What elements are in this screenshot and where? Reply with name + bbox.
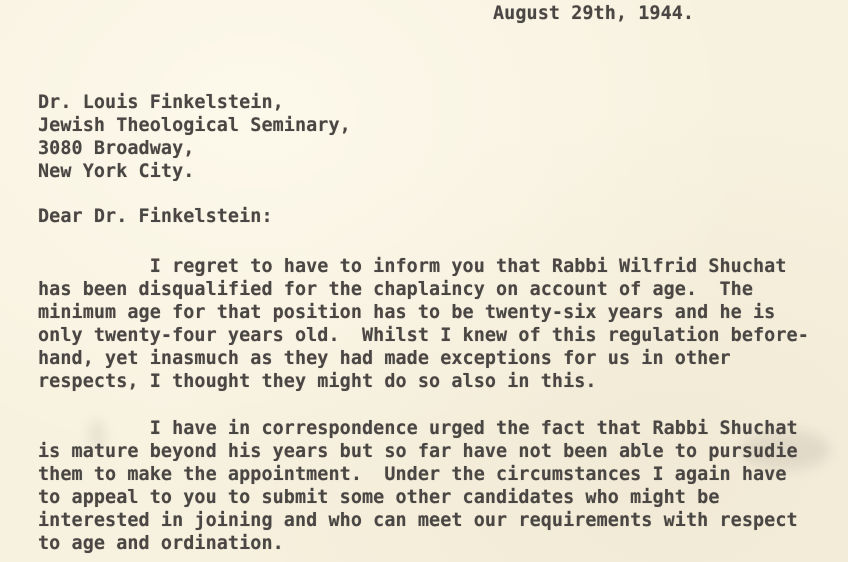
paragraph-1-line: I regret to have to inform you that Rabb…	[38, 256, 787, 278]
paragraph-2-line: to age and ordination.	[38, 533, 284, 555]
paragraph-2-line: is mature beyond his years but so far ha…	[38, 441, 798, 463]
paragraph-2-line: to appeal to you to submit some other ca…	[38, 487, 720, 509]
letter-page: August 29th, 1944. Dr. Louis Finkelstein…	[0, 0, 848, 562]
paragraph-2-line: I have in correspondence urged the fact …	[38, 418, 798, 440]
paragraph-1-line: minimum age for that position has to be …	[38, 302, 775, 324]
paragraph-1-line: hand, yet inasmuch as they had made exce…	[38, 348, 731, 370]
paragraph-1-line: has been disqualified for the chaplaincy…	[38, 279, 753, 301]
letter-date: August 29th, 1944.	[493, 3, 694, 25]
paragraph-1-line: respects, I thought they might do so als…	[38, 371, 597, 393]
recipient-city: New York City.	[38, 161, 194, 183]
recipient-street: 3080 Broadway,	[38, 138, 194, 160]
recipient-name: Dr. Louis Finkelstein,	[38, 92, 284, 114]
paragraph-2-line: interested in joining and who can meet o…	[38, 510, 798, 532]
paragraph-1-line: only twenty-four years old. Whilst I kne…	[38, 325, 809, 347]
salutation: Dear Dr. Finkelstein:	[38, 206, 273, 228]
recipient-organization: Jewish Theological Seminary,	[38, 115, 351, 137]
paragraph-2-line: them to make the appointment. Under the …	[38, 464, 787, 486]
